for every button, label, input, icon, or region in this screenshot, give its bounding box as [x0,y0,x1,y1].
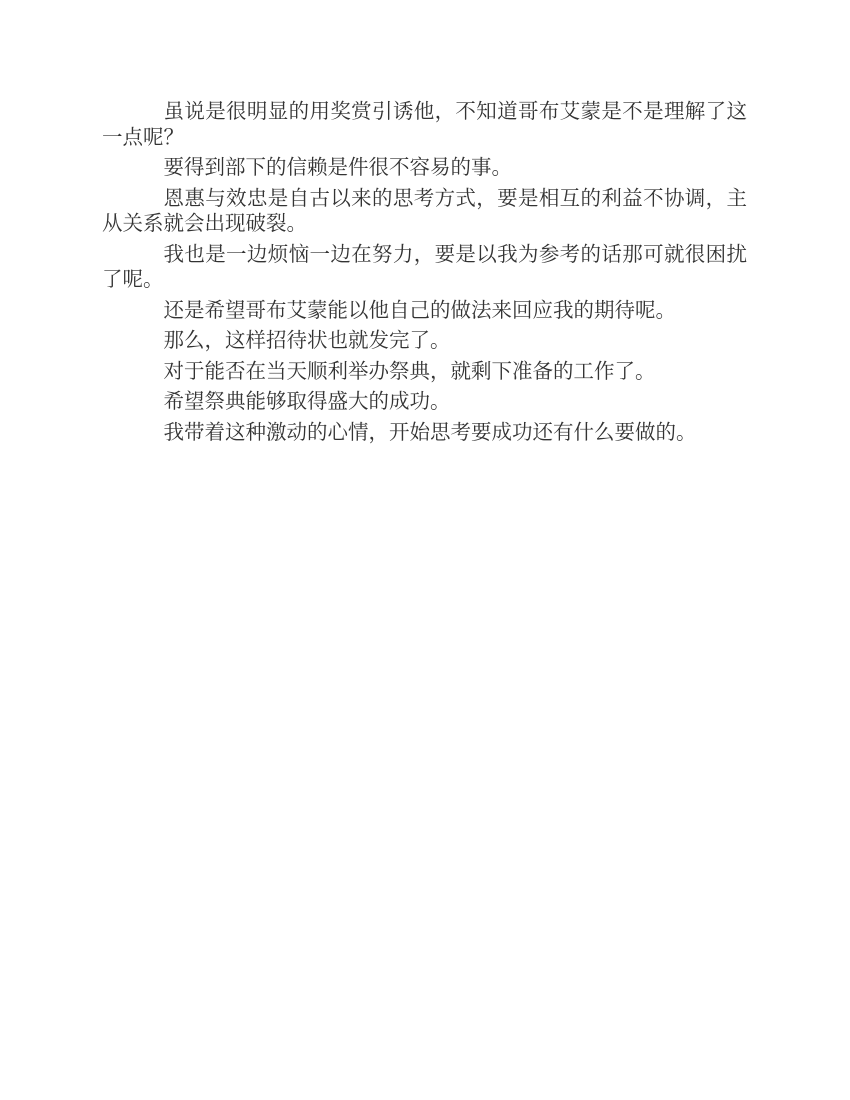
paragraph: 恩惠与效忠是自古以来的思考方式，要是相互的利益不协调，主从关系就会出现破裂。 [102,187,747,238]
paragraph: 希望祭典能够取得盛大的成功。 [102,390,747,416]
paragraph: 要得到部下的信赖是件很不容易的事。 [102,156,747,182]
paragraph: 那么，这样招待状也就发完了。 [102,329,747,355]
paragraph: 对于能否在当天顺利举办祭典，就剩下准备的工作了。 [102,360,747,386]
paragraph: 我也是一边烦恼一边在努力，要是以我为参考的话那可就很困扰了呢。 [102,243,747,294]
document-page: 虽说是很明显的用奖赏引诱他，不知道哥布艾蒙是不是理解了这一点呢？ 要得到部下的信… [0,0,850,1100]
paragraph: 我带着这种激动的心情，开始思考要成功还有什么要做的。 [102,421,747,447]
paragraph: 虽说是很明显的用奖赏引诱他，不知道哥布艾蒙是不是理解了这一点呢？ [102,100,747,151]
paragraph: 还是希望哥布艾蒙能以他自己的做法来回应我的期待呢。 [102,299,747,325]
text-content: 虽说是很明显的用奖赏引诱他，不知道哥布艾蒙是不是理解了这一点呢？ 要得到部下的信… [102,100,747,451]
